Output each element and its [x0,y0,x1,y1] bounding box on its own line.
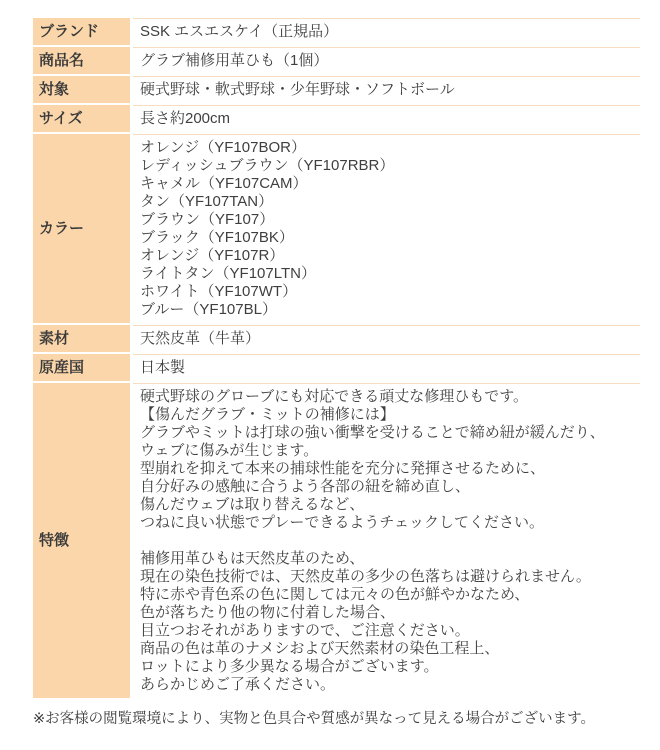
table-row: ブランド SSK エスエスケイ（正規品） [33,18,640,45]
content-line: ロットにより多少異なる場合がございます。 [140,658,636,676]
content-line: 傷んだウェブは取り替えるなど、 [140,496,636,514]
content-line: ライトタン（YF107LTN） [140,265,636,283]
content-line: 長さ約200cm [140,110,636,128]
row-label: 特徴 [33,383,130,698]
content-line: グラブやミットは打球の強い衝撃を受けることで締め紐が緩んだり、 [140,424,636,442]
product-spec-page: ブランド SSK エスエスケイ（正規品） 商品名 グラブ補修用革ひも（1個） 対… [0,0,660,750]
content-line: あらかじめご了承ください。 [140,676,636,694]
content-line: ブラウン（YF107） [140,211,636,229]
row-content: 日本製 [133,354,640,381]
content-line: グラブ補修用革ひも（1個） [140,52,636,70]
row-label: 素材 [33,325,130,352]
content-line: 天然皮革（牛革） [140,330,636,348]
content-line: 【傷んだグラブ・ミットの補修には】 [140,406,636,424]
table-row: 素材 天然皮革（牛革） [33,325,640,352]
table-row: 原産国 日本製 [33,354,640,381]
row-content: 硬式野球・軟式野球・少年野球・ソフトボール [133,76,640,103]
content-line: 硬式野球・軟式野球・少年野球・ソフトボール [140,81,636,99]
content-line: 硬式野球のグローブにも対応できる頑丈な修理ひもです。 [140,388,636,406]
table-row: 特徴 硬式野球のグローブにも対応できる頑丈な修理ひもです。【傷んだグラブ・ミット… [33,383,640,698]
row-content: 長さ約200cm [133,105,640,132]
content-line: 日本製 [140,359,636,377]
table-row: 商品名 グラブ補修用革ひも（1個） [33,47,640,74]
content-line: 補修用革ひもは天然皮革のため、 [140,550,636,568]
content-line: ブルー（YF107BL） [140,301,636,319]
content-line: 現在の染色技術では、天然皮革の多少の色落ちは避けられません。 [140,568,636,586]
row-label: 対象 [33,76,130,103]
table-row: サイズ 長さ約200cm [33,105,640,132]
row-content: 天然皮革（牛革） [133,325,640,352]
content-line: 目立つおそれがありますので、ご注意ください。 [140,622,636,640]
row-content: オレンジ（YF107BOR）レディッシュブラウン（YF107RBR）キャメル（Y… [133,134,640,323]
row-label: ブランド [33,18,130,45]
content-line: オレンジ（YF107BOR） [140,139,636,157]
row-label: サイズ [33,105,130,132]
content-line: ウェブに傷みが生じます。 [140,442,636,460]
row-content: SSK エスエスケイ（正規品） [133,18,640,45]
content-line: 型崩れを抑えて本来の捕球性能を充分に発揮させるために、 [140,460,636,478]
row-label: カラー [33,134,130,323]
content-line: オレンジ（YF107R） [140,247,636,265]
spec-table: ブランド SSK エスエスケイ（正規品） 商品名 グラブ補修用革ひも（1個） 対… [33,18,640,698]
row-content: グラブ補修用革ひも（1個） [133,47,640,74]
content-line: 商品の色は革のナメシおよび天然素材の染色工程上、 [140,640,636,658]
content-line: レディッシュブラウン（YF107RBR） [140,157,636,175]
content-line: 特に赤や青色系の色に関しては元々の色が鮮やかなため、 [140,586,636,604]
content-line: タン（YF107TAN） [140,193,636,211]
row-label: 商品名 [33,47,130,74]
footer-note: ※お客様の閲覧環境により、実物と色具合や質感が異なって見える場合がございます。 [33,710,595,728]
content-line: つねに良い状態でプレーできるようチェックしてください。 [140,514,636,532]
content-line: ホワイト（YF107WT） [140,283,636,301]
row-content: 硬式野球のグローブにも対応できる頑丈な修理ひもです。【傷んだグラブ・ミットの補修… [133,383,640,698]
content-line: SSK エスエスケイ（正規品） [140,23,636,41]
content-line: 色が落ちたり他の物に付着した場合、 [140,604,636,622]
content-line: 自分好みの感触に合うよう各部の紐を締め直し、 [140,478,636,496]
content-line: ブラック（YF107BK） [140,229,636,247]
content-line: キャメル（YF107CAM） [140,175,636,193]
table-row: カラー オレンジ（YF107BOR）レディッシュブラウン（YF107RBR）キャ… [33,134,640,323]
row-label: 原産国 [33,354,130,381]
table-row: 対象 硬式野球・軟式野球・少年野球・ソフトボール [33,76,640,103]
